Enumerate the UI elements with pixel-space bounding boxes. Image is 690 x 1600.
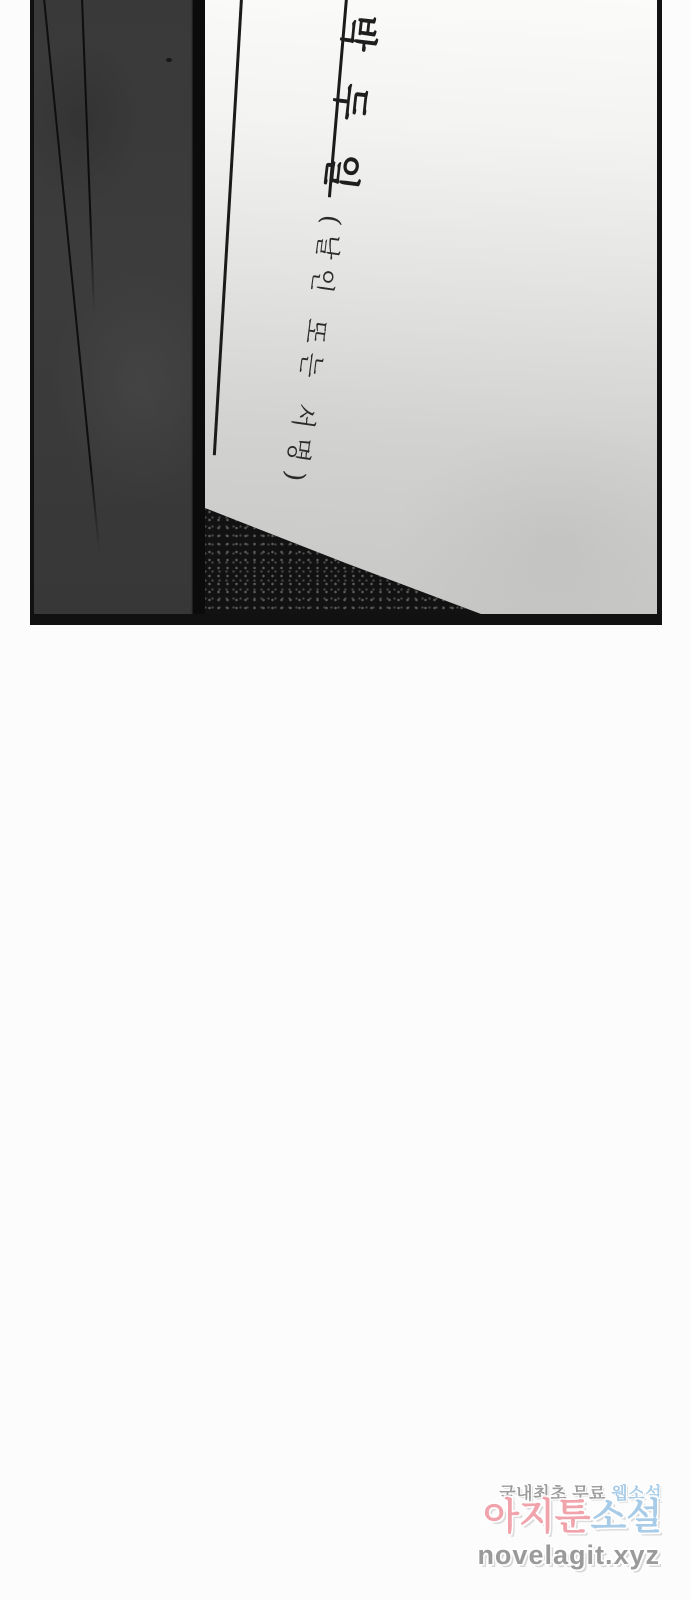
watermark-brand-blue: 소설	[591, 1496, 662, 1537]
seal-or-signature-label: (날인 또는 서명)	[277, 213, 352, 493]
comic-panel: 박 두 일 (날인 또는 서명)	[30, 0, 662, 625]
form-rule-line	[213, 0, 243, 455]
watermark-brand-pink: 아지툰	[483, 1496, 590, 1537]
document-paper: 박 두 일 (날인 또는 서명)	[205, 0, 657, 614]
desk-shadow-wedge	[205, 508, 481, 614]
signer-name-text: 박 두 일	[315, 11, 392, 203]
wall-crease-line	[81, 0, 95, 313]
webtoon-page: 박 두 일 (날인 또는 서명) 국내최초 무료 웹소설 아지툰소설 novel…	[0, 0, 690, 1600]
watermark-brand: 아지툰소설	[483, 1498, 662, 1537]
watermark-url: novelagit.xyz	[477, 1540, 660, 1571]
wall-speck	[166, 58, 172, 62]
dark-wall-area	[34, 0, 193, 614]
door-edge-band	[193, 0, 205, 614]
